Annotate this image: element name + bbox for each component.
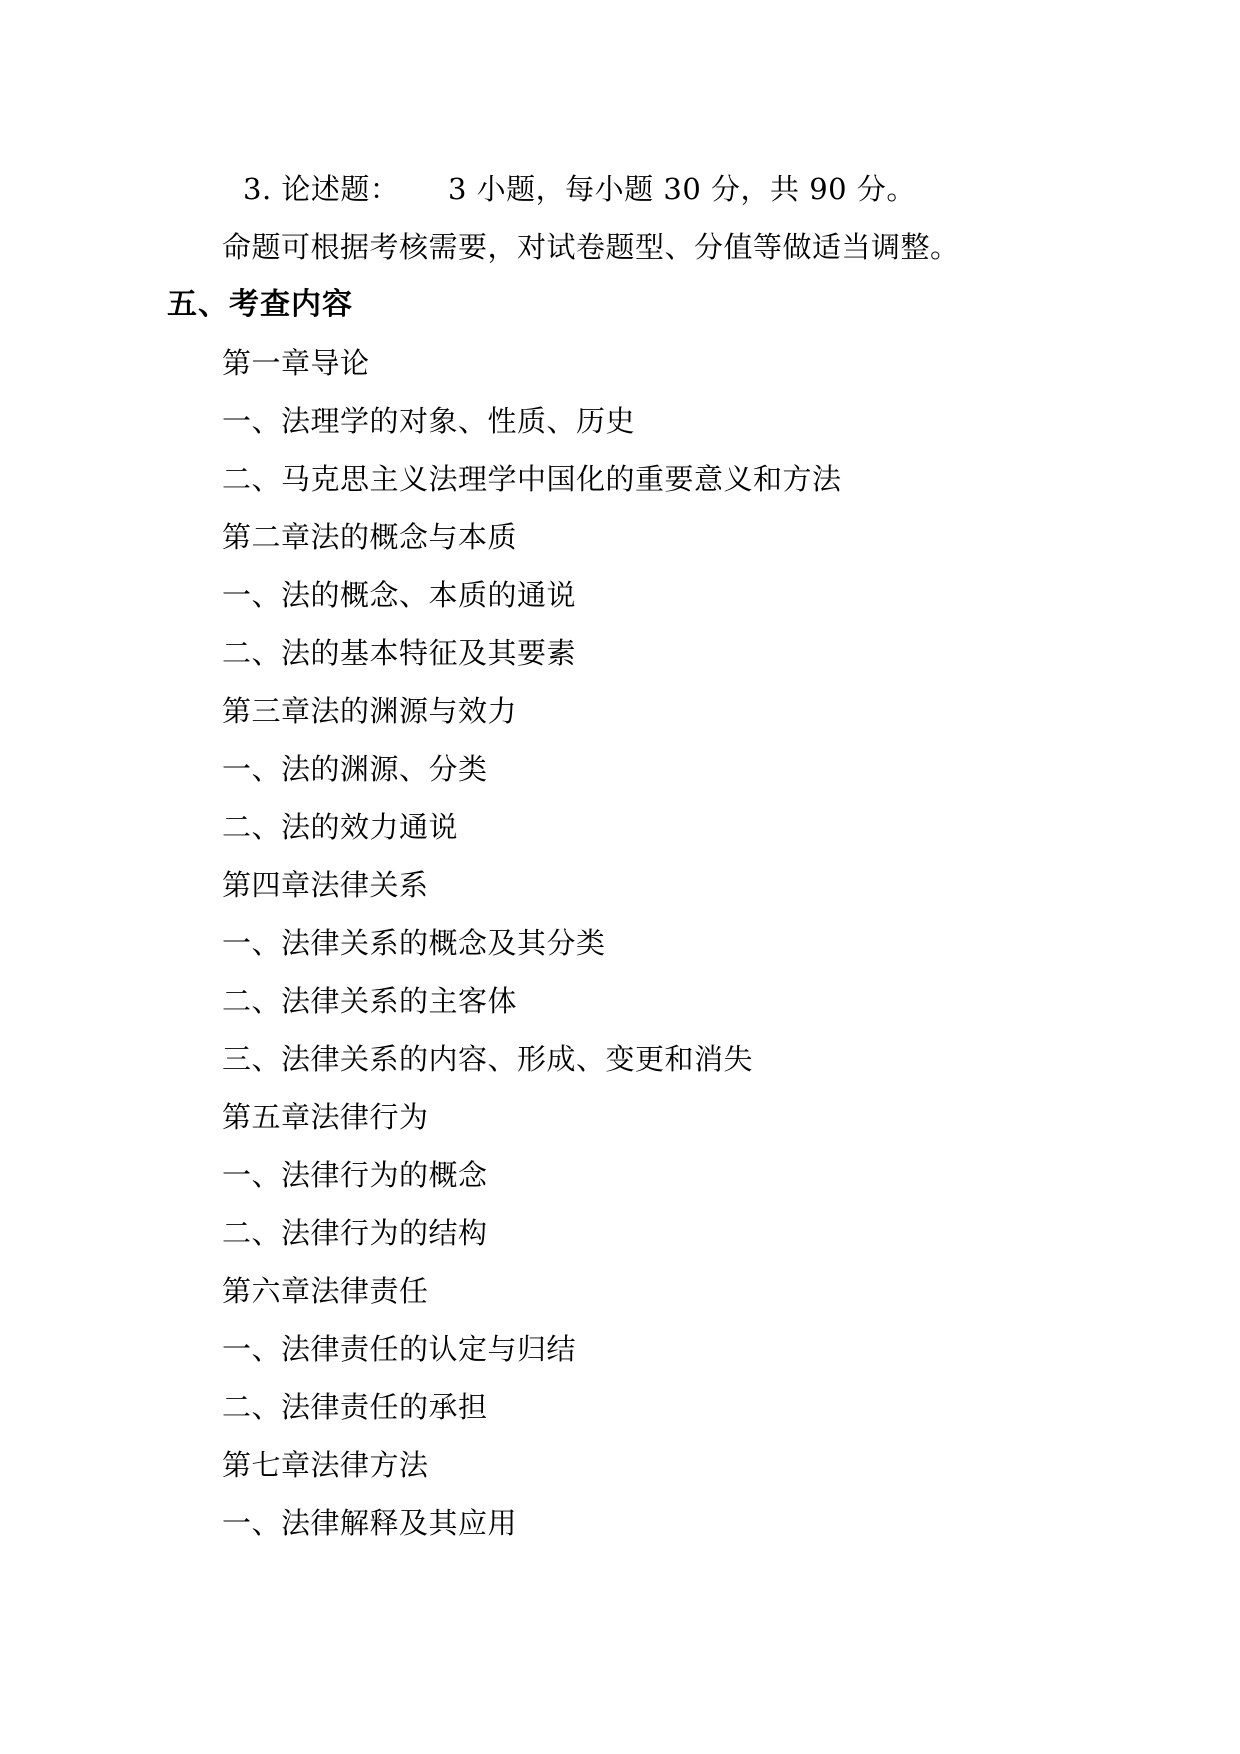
chapter-topic-line: 二、法律关系的主客体 [167, 972, 1180, 1030]
chapter-topic-line: 二、法的效力通说 [167, 798, 1180, 856]
chapter-topic-line: 三、法律关系的内容、形成、变更和消失 [167, 1030, 1180, 1088]
chapter-topic-line: 一、法律解释及其应用 [167, 1494, 1180, 1552]
chapter-title-line: 第三章法的渊源与效力 [167, 682, 1180, 740]
chapter-title-line: 第五章法律行为 [167, 1088, 1180, 1146]
chapter-title-line: 第四章法律关系 [167, 856, 1180, 914]
chapter-topic-line: 一、法理学的对象、性质、历史 [167, 392, 1180, 450]
chapter-topic-line: 一、法的渊源、分类 [167, 740, 1180, 798]
chapter-title-line: 第七章法律方法 [167, 1436, 1180, 1494]
exam-adjustment-note-line: 命题可根据考核需要，对试卷题型、分值等做适当调整。 [167, 218, 1180, 276]
document-content: 3. 论述题： 3 小题，每小题 30 分，共 90 分。 命题可根据考核需要，… [167, 160, 1180, 1552]
chapter-topic-line: 二、法律责任的承担 [167, 1378, 1180, 1436]
chapter-topic-line: 二、法律行为的结构 [167, 1204, 1180, 1262]
chapter-topic-line: 二、法的基本特征及其要素 [167, 624, 1180, 682]
chapter-topic-line: 一、法律关系的概念及其分类 [167, 914, 1180, 972]
document-page: 3. 论述题： 3 小题，每小题 30 分，共 90 分。 命题可根据考核需要，… [0, 0, 1240, 1754]
essay-question-score-line: 3. 论述题： 3 小题，每小题 30 分，共 90 分。 [167, 160, 1180, 218]
chapter-topic-line: 一、法的概念、本质的通说 [167, 566, 1180, 624]
section-heading-exam-content: 五、考查内容 [167, 276, 1180, 334]
chapter-title-line: 第六章法律责任 [167, 1262, 1180, 1320]
chapter-topic-line: 一、法律行为的概念 [167, 1146, 1180, 1204]
chapter-title-line: 第二章法的概念与本质 [167, 508, 1180, 566]
chapter-topic-line: 二、马克思主义法理学中国化的重要意义和方法 [167, 450, 1180, 508]
chapter-topic-line: 一、法律责任的认定与归结 [167, 1320, 1180, 1378]
chapter-title-line: 第一章导论 [167, 334, 1180, 392]
